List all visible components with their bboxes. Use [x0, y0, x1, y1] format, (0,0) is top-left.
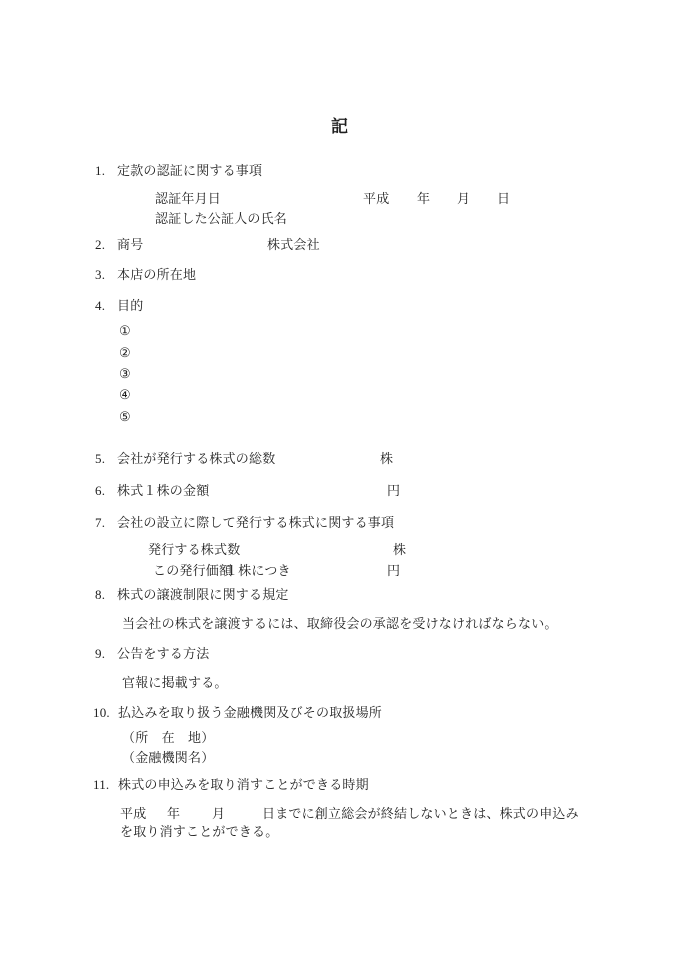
item-10-label: 払込みを取り扱う金融機関及びその取扱場所 [118, 705, 382, 720]
item-11-month-label: 月 [212, 806, 225, 821]
item-1-label: 定款の認証に関する事項 [117, 163, 262, 178]
issue-shares-label: 発行する株式数 [148, 542, 240, 557]
purpose-bullet-2: ② [119, 345, 131, 360]
item-11-era-label: 平成 [120, 806, 146, 821]
cert-day-label: 日 [497, 191, 510, 206]
issue-price-label: この発行価額 [153, 563, 232, 578]
item-3-label: 本店の所在地 [117, 267, 196, 282]
item-6-unit: 円 [387, 483, 400, 498]
item-11-label: 株式の申込みを取り消すことができる時期 [118, 777, 369, 792]
cert-date-label: 認証年月日 [155, 191, 221, 206]
item-2-label: 商号 [117, 237, 143, 252]
purpose-bullet-1: ① [119, 323, 131, 338]
item-3-number: 3. [95, 267, 105, 282]
cert-era-label: 平成 [363, 191, 389, 206]
item-9-body: 官報に掲載する。 [122, 675, 228, 690]
address-note: （所 在 地） [122, 730, 214, 745]
item-7-label: 会社の設立に際して発行する株式に関する事項 [117, 515, 394, 530]
item-11-body-line2: を取り消すことができる。 [120, 824, 278, 839]
document-page: 記 1. 定款の認証に関する事項 認証年月日 平成 年 月 日 認証した公証人の… [0, 0, 680, 962]
item-11-body-line1: 日までに創立総会が終結しないときは、株式の申込み [262, 806, 579, 821]
item-6-number: 6. [95, 483, 105, 498]
item-5-number: 5. [95, 451, 105, 466]
bank-name-note: （金融機関名） [122, 750, 214, 765]
item-11-year-label: 年 [167, 806, 180, 821]
company-type-value: 株式会社 [267, 237, 320, 252]
item-8-number: 8. [95, 587, 105, 602]
notary-name-label: 認証した公証人の氏名 [155, 211, 287, 226]
issue-price-per-share: １株につき [225, 563, 291, 578]
item-11-number: 11. [93, 777, 109, 792]
purpose-bullet-3: ③ [119, 366, 131, 381]
item-6-label: 株式１株の金額 [117, 483, 209, 498]
page-title: 記 [0, 112, 680, 137]
issue-price-unit: 円 [387, 563, 400, 578]
item-9-number: 9. [95, 646, 105, 661]
purpose-bullet-5: ⑤ [119, 409, 131, 424]
item-9-label: 公告をする方法 [117, 646, 209, 661]
item-10-number: 10. [93, 705, 110, 720]
issue-shares-unit: 株 [393, 542, 406, 557]
item-4-number: 4. [95, 298, 105, 313]
item-8-body: 当会社の株式を譲渡するには、取締役会の承認を受けなければならない。 [122, 616, 558, 631]
item-4-label: 目的 [117, 298, 143, 313]
item-8-label: 株式の譲渡制限に関する規定 [117, 587, 289, 602]
item-2-number: 2. [95, 237, 105, 252]
item-5-unit: 株 [380, 451, 393, 466]
item-7-number: 7. [95, 515, 105, 530]
cert-year-label: 年 [417, 191, 430, 206]
purpose-bullet-4: ④ [119, 387, 131, 402]
item-1-number: 1. [95, 163, 105, 178]
cert-month-label: 月 [457, 191, 470, 206]
item-5-label: 会社が発行する株式の総数 [117, 451, 275, 466]
